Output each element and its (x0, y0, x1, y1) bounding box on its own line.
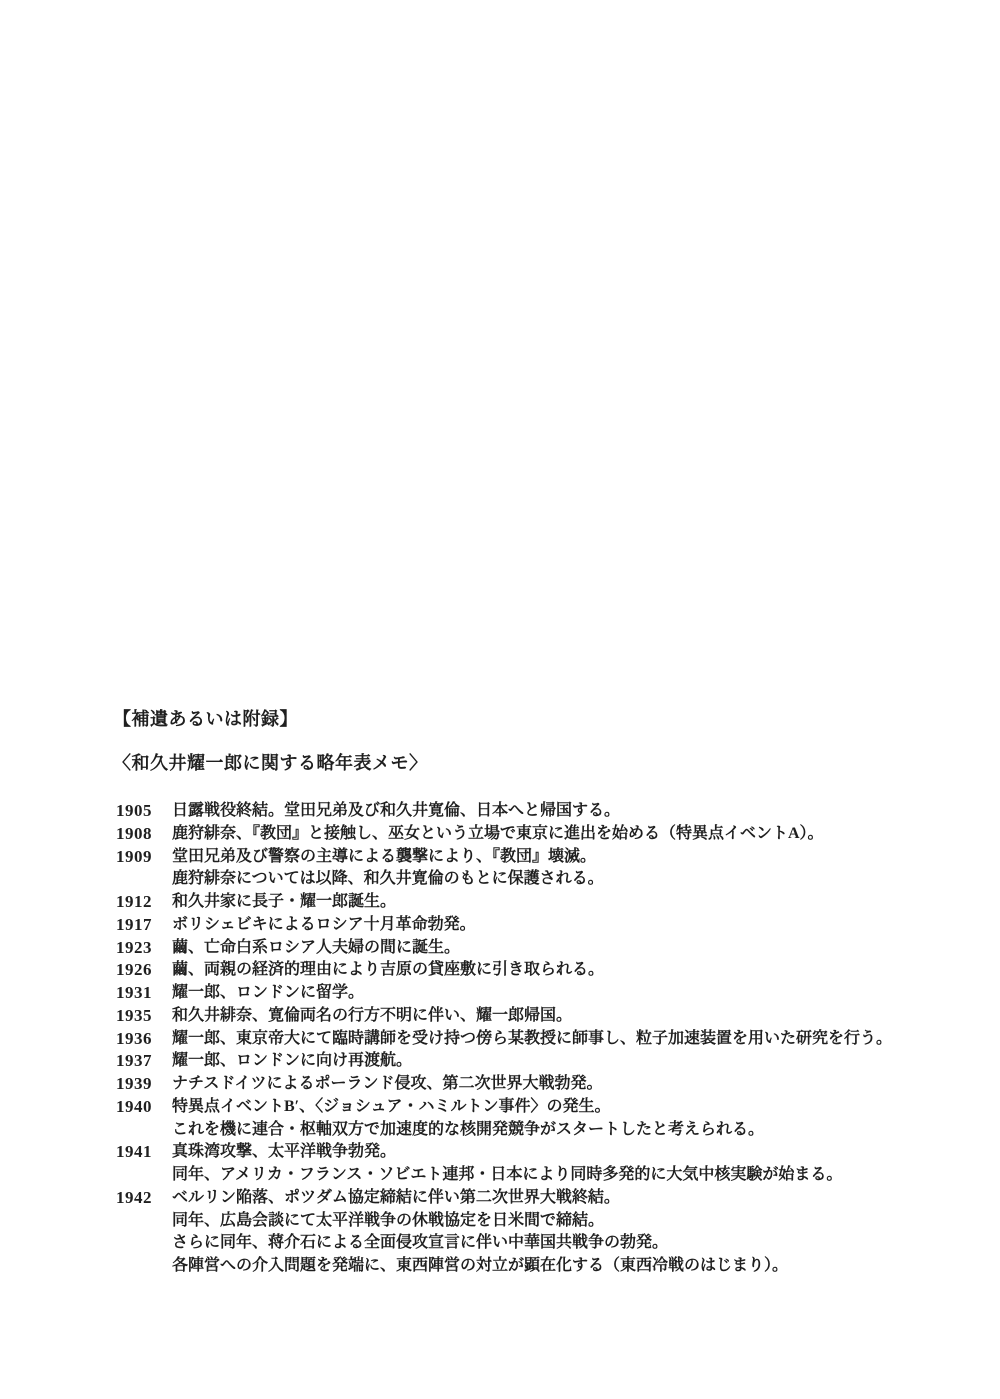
timeline-entry-1912: 1912和久井家に長子・耀一郎誕生。 (113, 891, 973, 914)
timeline-line: 鹿狩緋奈、『教団』と接触し、巫女という立場で東京に進出を始める（特異点イベントA… (172, 823, 973, 846)
timeline-year: 1935 (113, 1005, 172, 1028)
timeline-line: 日露戦役終結。堂田兄弟及び和久井寛倫、日本へと帰国する。 (172, 800, 973, 823)
timeline-entry-text: 耀一郎、ロンドンに向け再渡航。 (172, 1050, 973, 1073)
timeline-year: 1917 (113, 914, 172, 937)
timeline-entry-text: 繭、両親の経済的理由により吉原の貸座敷に引き取られる。 (172, 959, 973, 982)
timeline-entry-text: ベルリン陥落、ポツダム協定締結に伴い第二次世界大戦終結。同年、広島会談にて太平洋… (172, 1187, 973, 1278)
timeline-entry-1926: 1926繭、両親の経済的理由により吉原の貸座敷に引き取られる。 (113, 959, 973, 982)
timeline-entry-text: 堂田兄弟及び警察の主導による襲撃により、『教団』壊滅。鹿狩緋奈については以降、和… (172, 846, 973, 892)
timeline-year: 1942 (113, 1187, 172, 1210)
timeline-entry-text: 鹿狩緋奈、『教団』と接触し、巫女という立場で東京に進出を始める（特異点イベントA… (172, 823, 973, 846)
timeline-entry-text: 和久井家に長子・耀一郎誕生。 (172, 891, 973, 914)
timeline-entry-text: 真珠湾攻撃、太平洋戦争勃発。同年、アメリカ・フランス・ソビエト連邦・日本により同… (172, 1141, 973, 1187)
timeline-line: 耀一郎、ロンドンに向け再渡航。 (172, 1050, 973, 1073)
timeline-entry-text: 耀一郎、ロンドンに留学。 (172, 982, 973, 1005)
timeline-line: 和久井家に長子・耀一郎誕生。 (172, 891, 973, 914)
timeline-entry-1917: 1917ボリシェビキによるロシア十月革命勃発。 (113, 914, 973, 937)
timeline-entry-1936: 1936耀一郎、東京帝大にて臨時講師を受け持つ傍ら某教授に師事し、粒子加速装置を… (113, 1028, 973, 1051)
timeline-line: さらに同年、蒋介石による全面侵攻宣言に伴い中華国共戦争の勃発。 (172, 1232, 973, 1255)
timeline-entry-1941: 1941真珠湾攻撃、太平洋戦争勃発。同年、アメリカ・フランス・ソビエト連邦・日本… (113, 1141, 973, 1187)
chronology-subheading: 〈和久井耀一郎に関する略年表メモ〉 (113, 752, 428, 774)
timeline-line: これを機に連合・枢軸双方で加速度的な核開発競争がスタートしたと考えられる。 (172, 1119, 973, 1142)
timeline-line: 耀一郎、東京帝大にて臨時講師を受け持つ傍ら某教授に師事し、粒子加速装置を用いた研… (172, 1028, 973, 1051)
timeline-year: 1912 (113, 891, 172, 914)
timeline-line: 同年、広島会談にて太平洋戦争の休戦協定を日米間で締結。 (172, 1210, 973, 1233)
timeline-year: 1939 (113, 1073, 172, 1096)
timeline-entry-text: 和久井緋奈、寛倫両名の行方不明に伴い、耀一郎帰国。 (172, 1005, 973, 1028)
timeline-line: 各陣営への介入問題を発端に、東西陣営の対立が顕在化する（東西冷戦のはじまり）。 (172, 1255, 973, 1278)
timeline-line: 鹿狩緋奈については以降、和久井寛倫のもとに保護される。 (172, 868, 973, 891)
appendix-heading: 【補遺あるいは附録】 (113, 708, 298, 730)
timeline-entry-1909: 1909堂田兄弟及び警察の主導による襲撃により、『教団』壊滅。鹿狩緋奈については… (113, 846, 973, 892)
timeline-entry-text: ナチスドイツによるポーランド侵攻、第二次世界大戦勃発。 (172, 1073, 973, 1096)
timeline-line: 堂田兄弟及び警察の主導による襲撃により、『教団』壊滅。 (172, 846, 973, 869)
timeline-entry-1942: 1942ベルリン陥落、ポツダム協定締結に伴い第二次世界大戦終結。同年、広島会談に… (113, 1187, 973, 1278)
timeline-entry-text: 繭、亡命白系ロシア人夫婦の間に誕生。 (172, 937, 973, 960)
timeline-line: 繭、亡命白系ロシア人夫婦の間に誕生。 (172, 937, 973, 960)
timeline-entry-text: 日露戦役終結。堂田兄弟及び和久井寛倫、日本へと帰国する。 (172, 800, 973, 823)
timeline-entry-1908: 1908鹿狩緋奈、『教団』と接触し、巫女という立場で東京に進出を始める（特異点イ… (113, 823, 973, 846)
timeline-line: 同年、アメリカ・フランス・ソビエト連邦・日本により同時多発的に大気中核実験が始ま… (172, 1164, 973, 1187)
timeline-line: ボリシェビキによるロシア十月革命勃発。 (172, 914, 973, 937)
timeline-entry-1939: 1939ナチスドイツによるポーランド侵攻、第二次世界大戦勃発。 (113, 1073, 973, 1096)
timeline-entry-text: 特異点イベントB′、〈ジョシュア・ハミルトン事件〉の発生。これを機に連合・枢軸双… (172, 1096, 973, 1142)
timeline-year: 1923 (113, 937, 172, 960)
timeline-entry-1935: 1935和久井緋奈、寛倫両名の行方不明に伴い、耀一郎帰国。 (113, 1005, 973, 1028)
timeline-entry-1940: 1940特異点イベントB′、〈ジョシュア・ハミルトン事件〉の発生。これを機に連合… (113, 1096, 973, 1142)
timeline-entry-text: ボリシェビキによるロシア十月革命勃発。 (172, 914, 973, 937)
timeline-year: 1941 (113, 1141, 172, 1164)
document-page: 【補遺あるいは附録】 〈和久井耀一郎に関する略年表メモ〉 1905日露戦役終結。… (0, 0, 1000, 1399)
timeline-year: 1937 (113, 1050, 172, 1073)
timeline-line: 耀一郎、ロンドンに留学。 (172, 982, 973, 1005)
timeline-line: ナチスドイツによるポーランド侵攻、第二次世界大戦勃発。 (172, 1073, 973, 1096)
timeline-year: 1936 (113, 1028, 172, 1051)
timeline-line: 特異点イベントB′、〈ジョシュア・ハミルトン事件〉の発生。 (172, 1096, 973, 1119)
timeline-entry-text: 耀一郎、東京帝大にて臨時講師を受け持つ傍ら某教授に師事し、粒子加速装置を用いた研… (172, 1028, 973, 1051)
timeline-entry-1923: 1923繭、亡命白系ロシア人夫婦の間に誕生。 (113, 937, 973, 960)
timeline-year: 1940 (113, 1096, 172, 1119)
timeline-line: 真珠湾攻撃、太平洋戦争勃発。 (172, 1141, 973, 1164)
timeline-year: 1909 (113, 846, 172, 869)
chronology-timeline: 1905日露戦役終結。堂田兄弟及び和久井寛倫、日本へと帰国する。1908鹿狩緋奈… (113, 800, 973, 1278)
timeline-line: ベルリン陥落、ポツダム協定締結に伴い第二次世界大戦終結。 (172, 1187, 973, 1210)
timeline-entry-1905: 1905日露戦役終結。堂田兄弟及び和久井寛倫、日本へと帰国する。 (113, 800, 973, 823)
timeline-year: 1931 (113, 982, 172, 1005)
timeline-year: 1926 (113, 959, 172, 982)
timeline-line: 和久井緋奈、寛倫両名の行方不明に伴い、耀一郎帰国。 (172, 1005, 973, 1028)
timeline-entry-1931: 1931耀一郎、ロンドンに留学。 (113, 982, 973, 1005)
timeline-year: 1908 (113, 823, 172, 846)
timeline-line: 繭、両親の経済的理由により吉原の貸座敷に引き取られる。 (172, 959, 973, 982)
timeline-year: 1905 (113, 800, 172, 823)
timeline-entry-1937: 1937耀一郎、ロンドンに向け再渡航。 (113, 1050, 973, 1073)
